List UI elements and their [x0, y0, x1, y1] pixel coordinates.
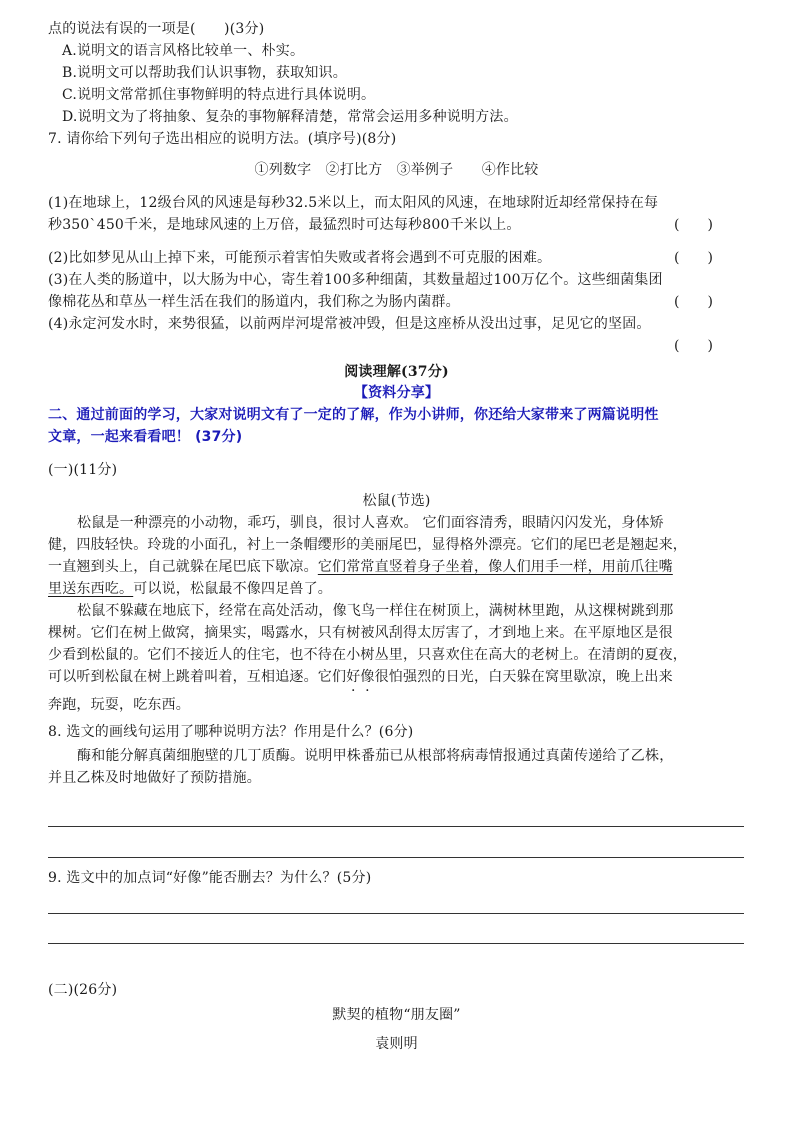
q7-item-3-line-2: 像棉花丛和草丛一样生活在我们的肠道内，我们称之为肠内菌群。: [48, 292, 460, 312]
passage-1-p1-line-4: 里送东西吃。可以说，松鼠最不像四足兽了。: [48, 579, 332, 599]
q7-item-2-line-1: (2)比如梦见从山上掉下来，可能预示着害怕失败或者将会遇到不可克服的困难。: [48, 248, 551, 268]
passage-1-p2-line-1: 松鼠不躲藏在地底下，经常在高处活动，像飞鸟一样住在树顶上，满树林里跑，从这棵树跳…: [77, 601, 673, 621]
q9-answer-line-1[interactable]: [48, 913, 744, 914]
plain-text: 可以听到松鼠在树上跳着叫着，互相追逐。它们: [48, 669, 346, 685]
q7-stem: 7. 请你给下列句子选出相应的说明方法。(填序号)(8分): [48, 129, 396, 149]
passage-1-title: 松鼠(节选): [0, 491, 793, 511]
q9-answer-line-2[interactable]: [48, 943, 744, 944]
passage-1-p2-line-5: 奔跑，玩耍，吃东西。: [48, 695, 190, 715]
reading-intro-line-1: 二、通过前面的学习，大家对说明文有了一定的了解，作为小讲师，你还给大家带来了两篇…: [48, 405, 659, 425]
reading-intro-line-2: 文章，一起来看看吧！ (37分): [48, 427, 242, 447]
q7-item-2-answer-blank[interactable]: ( ): [674, 248, 713, 268]
exam-page: 点的说法有误的一项是( )(3分) A.说明文的语言风格比较单一、朴实。 B.说…: [0, 0, 793, 1121]
q7-item-1-line-2: 秒350`450千米，是地球风速的上万倍，最猛烈时可达每秒800千米以上。: [48, 215, 521, 235]
q6-option-b: B.说明文可以帮助我们认识事物，获取知识。: [62, 63, 347, 83]
passage-1-p1-line-2: 健，四肢轻快。玲珑的小面孔，衬上一条帽缨形的美丽尾巴，显得格外漂亮。它们的尾巴老…: [48, 535, 687, 555]
q8-answer-line-1[interactable]: [48, 826, 744, 827]
resource-share-subtitle: 【资料分享】: [0, 383, 793, 403]
dotted-word-char: 好: [346, 669, 360, 685]
passage-1-p1-line-3: 一直翘到头上，自己就躲在尾巴底下歇凉。它们常常直竖着身子坐着，像人们用手一样，用…: [48, 557, 673, 577]
q7-item-4-answer-blank[interactable]: ( ): [674, 336, 713, 356]
q6-option-a: A.说明文的语言风格比较单一、朴实。: [62, 41, 304, 61]
q7-method-list: ①列数字 ②打比方 ③举例子 ④作比较: [0, 160, 793, 180]
q6-stem-tail: 点的说法有误的一项是( )(3分): [48, 19, 264, 39]
passage-1-p2-line-2: 棵树。它们在树上做窝，摘果实，喝露水，只有树被风刮得太厉害了，才到地上来。在平原…: [48, 623, 673, 643]
passage-2-title: 默契的植物“朋友圈”: [0, 1005, 793, 1025]
passage-1-p2-line-4: 可以听到松鼠在树上跳着叫着，互相追逐。它们好像很怕强烈的日光，白天躲在窝里歇凉，…: [48, 667, 673, 687]
passage-1-p1-line-1: 松鼠是一种漂亮的小动物，乖巧，驯良，很讨人喜欢。 它们面容清秀，眼睛闪闪发光，身…: [77, 513, 664, 533]
part-2-label: (二)(26分): [48, 980, 117, 1000]
underlined-sentence-end: 里送东西吃。: [48, 581, 133, 597]
q7-item-1-answer-blank[interactable]: ( ): [674, 215, 713, 235]
dotted-word-char: 像: [360, 669, 374, 685]
part-1-label: (一)(11分): [48, 460, 117, 480]
reading-section-title: 阅读理解(37分): [0, 362, 793, 382]
q9-stem: 9. 选文中的加点词“好像”能否删去？为什么？(5分): [48, 868, 371, 888]
passage-2-author: 袁则明: [0, 1034, 793, 1054]
q8-answer-line-2[interactable]: [48, 857, 744, 858]
q8-text-line-1: 酶和能分解真菌细胞壁的几丁质酶。说明甲株番茄已从根部将病毒情报通过真菌传递给了乙…: [77, 746, 673, 766]
q6-option-c: C.说明文常常抓住事物鲜明的特点进行具体说明。: [62, 85, 375, 105]
q6-option-d: D.说明文为了将抽象、复杂的事物解释清楚，常常会运用多种说明方法。: [62, 107, 518, 127]
passage-1-p2-line-3: 少看到松鼠的。它们不接近人的住宅，也不待在小树丛里，只喜欢住在高大的老树上。在清…: [48, 645, 687, 665]
q7-item-4-line-1: (4)永定河发水时，来势很猛，以前两岸河堤常被冲毁，但是这座桥从没出过事，足见它…: [48, 314, 651, 334]
q7-item-3-answer-blank[interactable]: ( ): [674, 292, 713, 312]
plain-text: 可以说，松鼠最不像四足兽了。: [133, 581, 332, 597]
q8-text-line-2: 并且乙株及时地做好了预防措施。: [48, 768, 261, 788]
q7-item-1-line-1: (1)在地球上，12级台风的风速是每秒32.5米以上，而太阳风的风速，在地球附近…: [48, 193, 658, 213]
q8-stem: 8. 选文的画线句运用了哪种说明方法？作用是什么？(6分): [48, 722, 413, 742]
plain-text: 很怕强烈的日光，白天躲在窝里歇凉，晚上出来: [375, 669, 673, 685]
plain-text: 一直翘到头上，自己就躲在尾巴底下歇凉。: [48, 559, 318, 575]
underlined-sentence: 它们常常直竖着身子坐着，像人们用手一样，用前爪往嘴: [318, 559, 673, 575]
q7-item-3-line-1: (3)在人类的肠道中，以大肠为中心，寄生着100多种细菌，其数量超过100万亿个…: [48, 270, 663, 290]
